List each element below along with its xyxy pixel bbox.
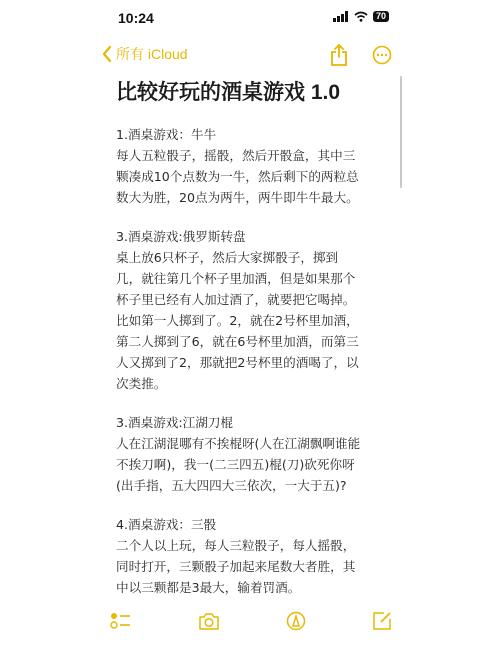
camera-icon[interactable] <box>198 611 220 631</box>
note-title: 比较好玩的酒桌游戏 1.0 <box>116 78 406 108</box>
text-line: 人在江湖混哪有不挨棍呀(人在江湖飘啊谁能 <box>116 433 406 454</box>
text-line: 中以三颗都是3最大，输着罚酒。 <box>116 577 406 598</box>
chevron-left-icon <box>102 46 112 62</box>
text-line: 数大为胜，20点为两牛，两牛即牛牛最大。 <box>116 187 406 208</box>
status-time: 10:24 <box>118 10 154 26</box>
system-indicators: 70 <box>333 11 389 22</box>
note-body[interactable]: 比较好玩的酒桌游戏 1.0 1.酒桌游戏：牛牛 每人五粒骰子，摇骰，然后开骰盒，… <box>116 78 406 616</box>
more-icon[interactable] <box>372 45 392 65</box>
text-line: 颗凑成10个点数为一牛，然后剩下的两粒总 <box>116 166 406 187</box>
section-heading: 3.酒桌游戏:俄罗斯转盘 <box>116 226 406 247</box>
note-section: 4.酒桌游戏：三骰 二个人以上玩，每人三粒骰子，每人摇骰， 同时打开，三颗骰子加… <box>116 514 406 598</box>
checklist-icon[interactable] <box>110 611 132 631</box>
text-line: 每人五粒骰子，摇骰，然后开骰盒，其中三 <box>116 145 406 166</box>
status-bar: 10:24 70 <box>0 0 500 38</box>
text-line: 桌上放6只杯子，然后大家掷骰子，掷到 <box>116 247 406 268</box>
share-icon[interactable] <box>330 43 348 67</box>
text-line: 第二人掷到了6，就在6号杯里加酒，而第三 <box>116 331 406 352</box>
section-heading: 3.酒桌游戏:江湖刀棍 <box>116 412 406 433</box>
nav-bar: 所有 iCloud <box>0 40 500 70</box>
note-section: 3.酒桌游戏:江湖刀棍 人在江湖混哪有不挨棍呀(人在江湖飘啊谁能 不挨刀啊)，我… <box>116 412 406 496</box>
note-section: 1.酒桌游戏：牛牛 每人五粒骰子，摇骰，然后开骰盒，其中三 颗凑成10个点数为一… <box>116 124 406 208</box>
wifi-icon <box>354 11 368 22</box>
section-heading: 1.酒桌游戏：牛牛 <box>116 124 406 145</box>
text-line: 比如第一人掷到了。2，就在2号杯里加酒， <box>116 310 406 331</box>
text-line: 几，就往第几个杯子里加酒，但是如果那个 <box>116 268 406 289</box>
text-line: 人又掷到了2，那就把2号杯里的酒喝了，以 <box>116 352 406 373</box>
text-line: 杯子里已经有人加过酒了，就要把它喝掉。 <box>116 289 406 310</box>
battery-indicator: 70 <box>373 11 389 22</box>
markup-icon[interactable] <box>286 611 306 631</box>
text-line: (出手指，五大四四大三依次，一大于五)? <box>116 475 406 496</box>
text-line: 次类推。 <box>116 373 406 394</box>
section-heading: 4.酒桌游戏：三骰 <box>116 514 406 535</box>
compose-icon[interactable] <box>372 611 392 631</box>
back-button[interactable]: 所有 iCloud <box>102 44 188 64</box>
note-section: 3.酒桌游戏:俄罗斯转盘 桌上放6只杯子，然后大家掷骰子，掷到 几，就往第几个杯… <box>116 226 406 394</box>
back-label: 所有 iCloud <box>116 44 188 64</box>
signal-icon <box>333 11 349 22</box>
bottom-toolbar <box>0 605 500 641</box>
text-line: 二个人以上玩，每人三粒骰子，每人摇骰， <box>116 535 406 556</box>
text-line: 同时打开，三颗骰子加起来尾数大者胜，其 <box>116 556 406 577</box>
text-line: 不挨刀啊)，我一(二三四五)棍(刀)砍死你呀 <box>116 454 406 475</box>
